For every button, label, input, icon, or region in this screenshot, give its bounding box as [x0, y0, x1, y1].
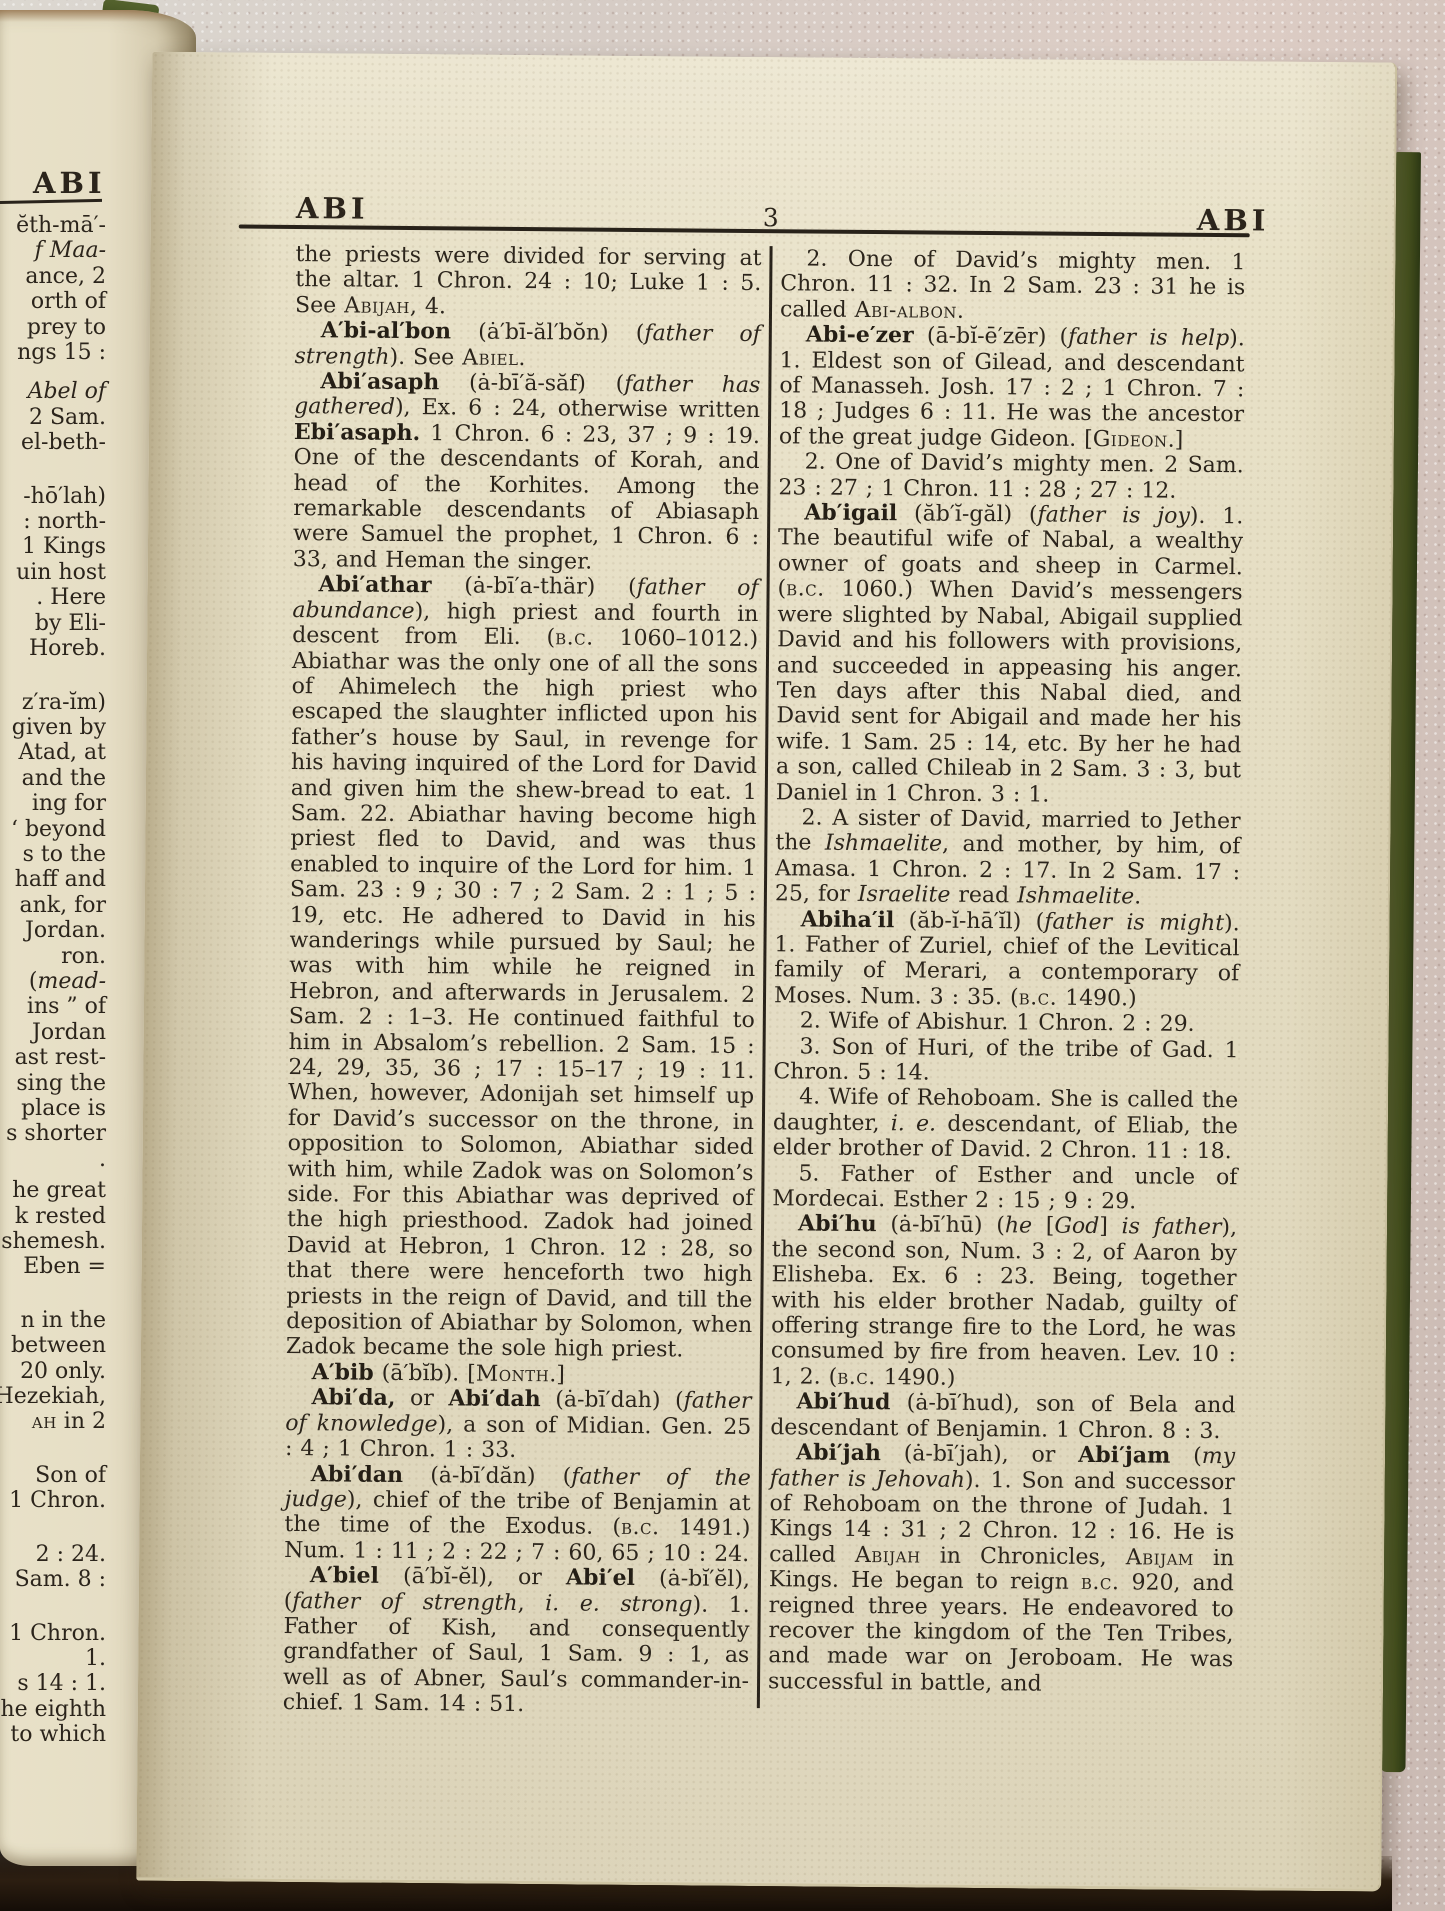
- fragment-line: ank, for: [0, 893, 106, 918]
- fragment-line: 2 Sam.: [0, 405, 106, 430]
- fragment-line: 1.: [0, 1646, 106, 1671]
- fragment-line: Eben =: [0, 1254, 106, 1279]
- entry-paragraph: Abiha′il (ăb-ĭ-hā′ĭl) (father is might).…: [774, 907, 1240, 1013]
- fragment-line: z′ra-ĭm): [0, 690, 106, 715]
- fragment-line: orth of: [0, 289, 106, 314]
- fragment-line: ins ” of: [0, 994, 106, 1019]
- entry-paragraph: the priests were divided for serving at …: [295, 242, 762, 322]
- fragment-line: ‘ beyond: [0, 817, 106, 842]
- page-number: 3: [763, 203, 779, 232]
- fragment-line: ron.: [0, 944, 106, 969]
- entry-paragraph: Abi′jah (ȧ-bī′jah), or Abi′jam (my fathe…: [768, 1440, 1235, 1698]
- entry-paragraph: Abi′hu (ȧ-bī′hū) (he [God] is father), t…: [771, 1212, 1238, 1394]
- entry-paragraph: 4. Wife of Rehoboam. She is called the d…: [773, 1085, 1239, 1165]
- fragment-line: Son of: [0, 1463, 106, 1488]
- fragment-line: el-beth-: [0, 430, 106, 455]
- entry-paragraph: Abi′hud (ȧ-bī′hud), son of Bela and desc…: [770, 1389, 1235, 1444]
- text-columns: the priests were divided for serving at …: [283, 242, 1246, 1724]
- facing-page-header-rule: [0, 199, 102, 204]
- fragment-line: uin host: [0, 560, 106, 585]
- fragment-line: ngs 15 :: [0, 340, 106, 365]
- entry-paragraph: Abi′dan (ȧ-bī′dăn) (father of the judge)…: [284, 1461, 751, 1567]
- fragment-line: 20 only.: [0, 1359, 106, 1384]
- fragment-line: s shorter: [0, 1121, 106, 1146]
- fragment-line: n in the: [0, 1308, 106, 1333]
- column-2: 2. One of David’s mighty men. 1 Chron. 1…: [768, 246, 1246, 1724]
- facing-page-header: ABI: [33, 166, 106, 200]
- fragment-line: Atad, at: [0, 740, 106, 765]
- fragment-line: haff and: [0, 867, 106, 892]
- page-header-left: ABI: [296, 191, 369, 226]
- entry-paragraph: Ab′igail (ăb′ĭ-găl) (father is joy). 1. …: [776, 500, 1244, 809]
- main-page: ABI 3 ABI the priests were divided for s…: [136, 52, 1397, 1892]
- fragment-line: place is: [0, 1096, 106, 1121]
- fragment-line: he eighth: [0, 1697, 106, 1722]
- fragment-line: and the: [0, 766, 106, 791]
- fragment-line: -hō′lah): [0, 484, 106, 509]
- fragment-line: ance, 2: [0, 264, 106, 289]
- column-1: the priests were divided for serving at …: [283, 242, 762, 1720]
- fragment-line: prey to: [0, 315, 106, 340]
- fragment-line: 1 Kings: [0, 534, 106, 559]
- fragment-line: f Maa-: [0, 238, 106, 263]
- entry-paragraph: 2. One of David’s mighty men. 2 Sam. 23 …: [778, 449, 1243, 504]
- entry-paragraph: 3. Son of Huri, of the tribe of Gad. 1 C…: [773, 1034, 1238, 1089]
- fragment-line: by Eli-: [0, 611, 106, 636]
- left-page-column: ĕth-mā′-f Maa-ance, 2orth ofprey tongs 1…: [0, 213, 106, 1748]
- entry-paragraph: A′bi-al′bon (ȧ′bī-ăl′bŏn) (father of str…: [294, 318, 760, 373]
- entry-paragraph: Abi′da, or Abi′dah (ȧ-bī′dah) (father of…: [285, 1385, 752, 1465]
- header-rule: [239, 225, 1250, 238]
- fragment-line: s 14 : 1.: [0, 1671, 106, 1696]
- fragment-line: given by: [0, 715, 106, 740]
- fragment-line: (mead-: [0, 969, 106, 994]
- fragment-line: between: [0, 1333, 106, 1358]
- fragment-line: . Here: [0, 585, 106, 610]
- fragment-line: he great: [0, 1178, 106, 1203]
- entry-paragraph: Abi′athar (ȧ-bī′a-thär) (father of abund…: [286, 572, 759, 1364]
- entry-paragraph: A′biel (ā′bĭ-ĕl), or Abi′el (ȧ-bĭ′ĕl), (…: [283, 1563, 750, 1719]
- fragment-line: Jordan: [0, 1020, 106, 1045]
- fragment-line: Abel of: [0, 379, 106, 404]
- fragment-line: k rested: [0, 1204, 106, 1229]
- fragment-line: Horeb.: [0, 636, 106, 661]
- entry-paragraph: 5. Father of Esther and uncle of Mordeca…: [772, 1161, 1237, 1216]
- fragment-line: .: [0, 1147, 106, 1172]
- fragment-line: s to the: [0, 842, 106, 867]
- fragment-line: ĕth-mā′-: [0, 213, 106, 238]
- fragment-line: ah in 2: [0, 1409, 106, 1434]
- fragment-line: Jordan.: [0, 918, 106, 943]
- fragment-line: ast rest-: [0, 1045, 106, 1070]
- fragment-line: Sam. 8 :: [0, 1567, 106, 1592]
- fragment-line: 2 : 24.: [0, 1542, 106, 1567]
- fragment-line: : north-: [0, 509, 106, 534]
- fragment-line: to which: [0, 1722, 106, 1747]
- fragment-line: shemesh.: [0, 1229, 106, 1254]
- entry-paragraph: Abi′asaph (ȧ-bī′ă-săf) (father has gathe…: [293, 369, 761, 576]
- fragment-line: 1 Chron.: [0, 1488, 106, 1513]
- entry-paragraph: 2. A sister of David, married to Jether …: [775, 805, 1241, 911]
- fragment-line: ing for: [0, 791, 106, 816]
- fragment-line: sing the: [0, 1071, 106, 1096]
- fragment-line: Hezekiah,: [0, 1384, 106, 1409]
- fragment-line: 1 Chron.: [0, 1621, 106, 1646]
- entry-paragraph: Abi-e′zer (ā-bĭ-ē′zēr) (father is help).…: [779, 322, 1245, 453]
- entry-paragraph: 2. One of David’s mighty men. 1 Chron. 1…: [780, 246, 1246, 326]
